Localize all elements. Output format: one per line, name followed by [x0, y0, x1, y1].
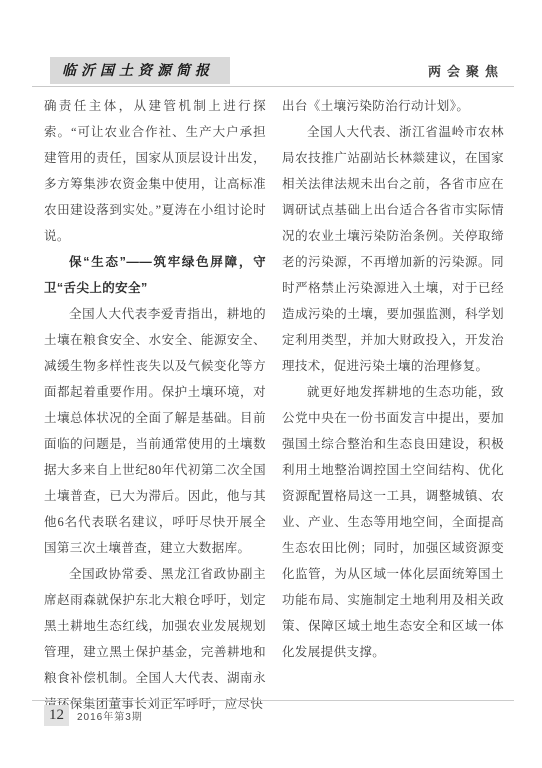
footer-divider [32, 700, 514, 701]
paragraph: 全国政协常委、黑龙江省政协副主席赵雨森就保护东北大粮仓呼吁，划定黑土耕地生态红线… [44, 561, 266, 717]
right-column: 出台《土壤污染防治行动计划》。全国人大代表、浙江省温岭市农林局农技推广站副站长林… [282, 93, 504, 717]
paragraph: 就更好地发挥耕地的生态功能，致公党中央在一份书面发言中提出，要加强国土综合整治和… [282, 379, 504, 665]
paragraph: 全国人大代表、浙江省温岭市农林局农技推广站副站长林燚建议，在国家相关法律法规未出… [282, 119, 504, 379]
page-number: 12 [44, 705, 69, 726]
masthead-title: 临沂国土资源简报 [62, 63, 214, 79]
article-body: 确责任主体，从建管机制上进行探索。“可让农业合作社、生产大户承担建管用的责任，国… [44, 93, 504, 717]
paragraph: 出台《土壤污染防治行动计划》。 [282, 93, 504, 119]
paragraph: 保“生态”——筑牢绿色屏障，守卫“舌尖上的安全” [44, 249, 266, 301]
issue-label: 2016年第3期 [77, 708, 143, 723]
masthead: 临沂国土资源简报 [50, 57, 230, 84]
left-column: 确责任主体，从建管机制上进行探索。“可让农业合作社、生产大户承担建管用的责任，国… [44, 93, 266, 717]
section-label: 两会聚焦 [428, 61, 504, 80]
header-divider [32, 86, 514, 87]
page-footer: 12 2016年第3期 [44, 703, 143, 727]
paragraph: 确责任主体，从建管机制上进行探索。“可让农业合作社、生产大户承担建管用的责任，国… [44, 93, 266, 249]
page-header: 临沂国土资源简报 两会聚焦 [48, 55, 504, 85]
paragraph: 全国人大代表李爱青指出，耕地的土壤在粮食安全、水安全、能源安全、减缓生物多样性丧… [44, 301, 266, 561]
magazine-page: 临沂国土资源简报 两会聚焦 确责任主体，从建管机制上进行探索。“可让农业合作社、… [0, 0, 542, 768]
